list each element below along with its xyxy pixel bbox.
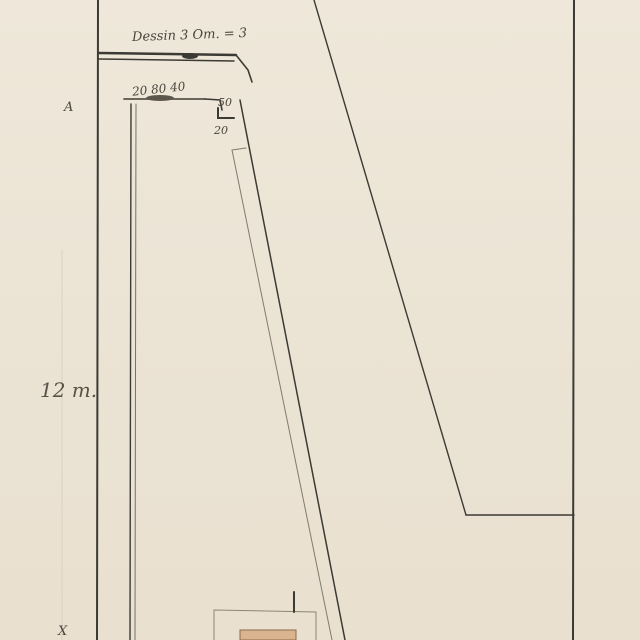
height-annotation: 12 m. — [40, 378, 97, 402]
architectural-drawing — [0, 0, 640, 640]
section-mark-x: X — [58, 624, 67, 639]
dimension-annotation-3: 20 — [214, 124, 228, 137]
right-frame-line — [573, 0, 574, 640]
section-mark-a: A — [64, 100, 73, 115]
dimension-annotation-2: 50 — [218, 96, 232, 109]
left-frame-line — [97, 0, 98, 640]
drawing-sheet: Dessin 3 Om. = 3 20 80 40 50 20 12 m. A … — [0, 0, 640, 640]
